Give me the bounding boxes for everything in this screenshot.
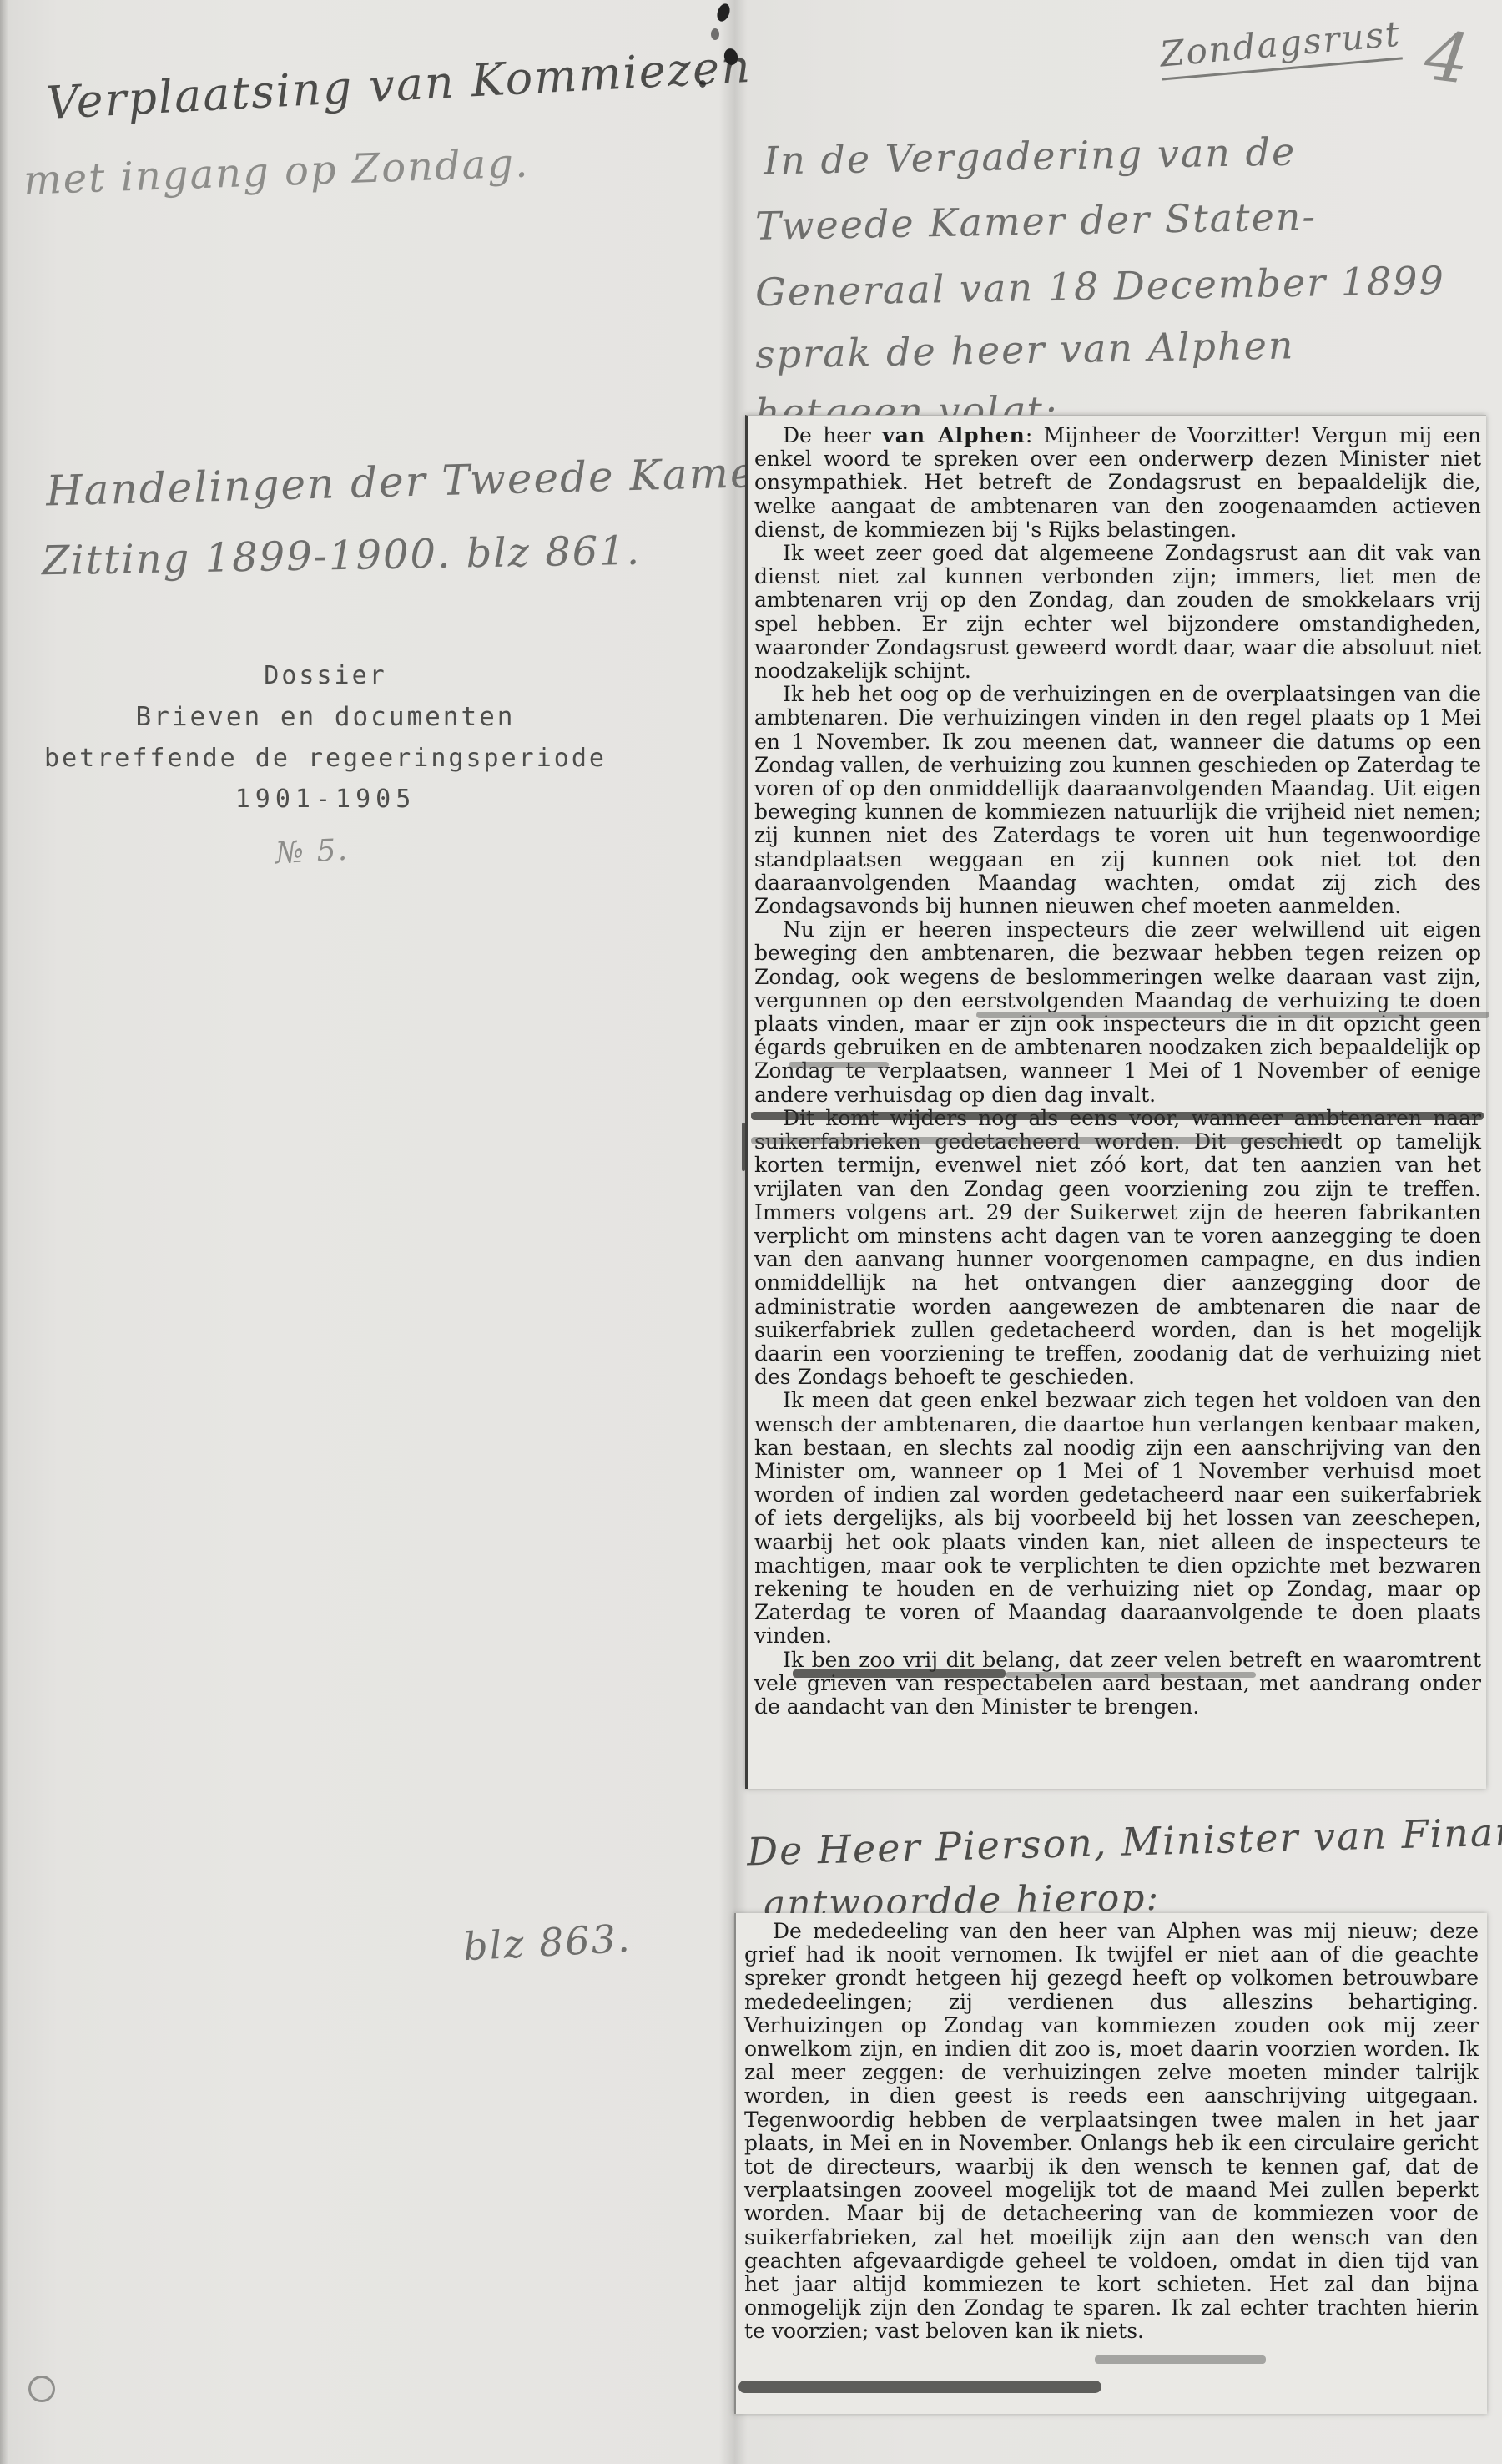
newspaper-clipping-van-alphen: De heer van Alphen: Mijnheer de Voorzitt…	[745, 415, 1486, 1789]
scanned-archive-page: Verplaatsing van Kommiezen met ingang op…	[0, 0, 1502, 2464]
stamp-line3: betreffende de regeeringsperiode	[33, 744, 617, 773]
clipping1-paragraph3: Ik heb het oog op de verhuizingen en de …	[754, 683, 1481, 918]
page-number: 4	[1420, 16, 1473, 100]
punch-hole	[28, 2376, 55, 2402]
intro-line4: sprak de heer van Alphen	[755, 322, 1295, 376]
pencil-scribble	[738, 2381, 1101, 2393]
clipping1-paragraph5: Dit komt wijders nog als eens voor, wann…	[754, 1107, 1481, 1389]
reference-line2: Zitting 1899-1900. blz 861.	[42, 528, 642, 585]
header-label-zondagsrust: Zondagsrust	[1158, 13, 1403, 80]
pencil-underline	[751, 1112, 1484, 1120]
clipping1-paragraph1: De heer van Alphen: Mijnheer de Voorzitt…	[754, 424, 1481, 542]
stamp-line1: Dossier	[33, 661, 617, 690]
ink-blot	[699, 80, 706, 88]
intro-line2: Tweede Kamer der Staten-	[755, 194, 1318, 249]
dossier-stamp: Dossier Brieven en documenten betreffend…	[33, 661, 617, 826]
stamp-line2: Brieven en documenten	[33, 702, 617, 732]
pencil-underline	[1006, 1672, 1256, 1678]
intro-line1: In de Vergadering van de	[764, 129, 1297, 183]
pencil-underline	[789, 1062, 889, 1068]
annotation-title-line1: Verplaatsing van Kommiezen	[45, 40, 753, 129]
pencil-underline	[1095, 2355, 1266, 2364]
stamp-line4: 1901-1905	[33, 785, 617, 814]
annotation-title-line2: met ingang op Zondag.	[23, 139, 530, 204]
ink-blot	[711, 28, 719, 40]
response-intro-line1: De Heer Pierson, Minister van Financiën	[746, 1806, 1502, 1874]
stamp-number: № 5.	[275, 833, 350, 871]
clipping1-paragraph7: Ik ben zoo vrij dit belang, dat zeer vel…	[754, 1649, 1481, 1719]
speaker-name: van Alphen	[882, 423, 1026, 447]
newspaper-clipping-pierson: De mededeeling van den heer van Alphen w…	[734, 1913, 1487, 2414]
speaker-prefix: De heer	[783, 423, 882, 447]
page-ref-blz863: blz 863.	[462, 1916, 633, 1969]
reference-line1: Handelingen der Tweede Kamer	[45, 448, 779, 516]
clipping1-paragraph2: Ik weet zeer goed dat algemeene Zondagsr…	[754, 542, 1481, 683]
intro-line3: Generaal van 18 December 1899	[755, 258, 1446, 315]
pencil-underline	[751, 1137, 1327, 1144]
pencil-underline	[793, 1669, 1006, 1678]
clipping1-paragraph6: Ik meen dat geen enkel bezwaar zich tege…	[754, 1389, 1481, 1648]
clipping2-paragraph1: De mededeeling van den heer van Alphen w…	[744, 1920, 1479, 2344]
pencil-underline	[976, 1012, 1489, 1018]
pencil-margin-tick	[742, 1123, 745, 1171]
